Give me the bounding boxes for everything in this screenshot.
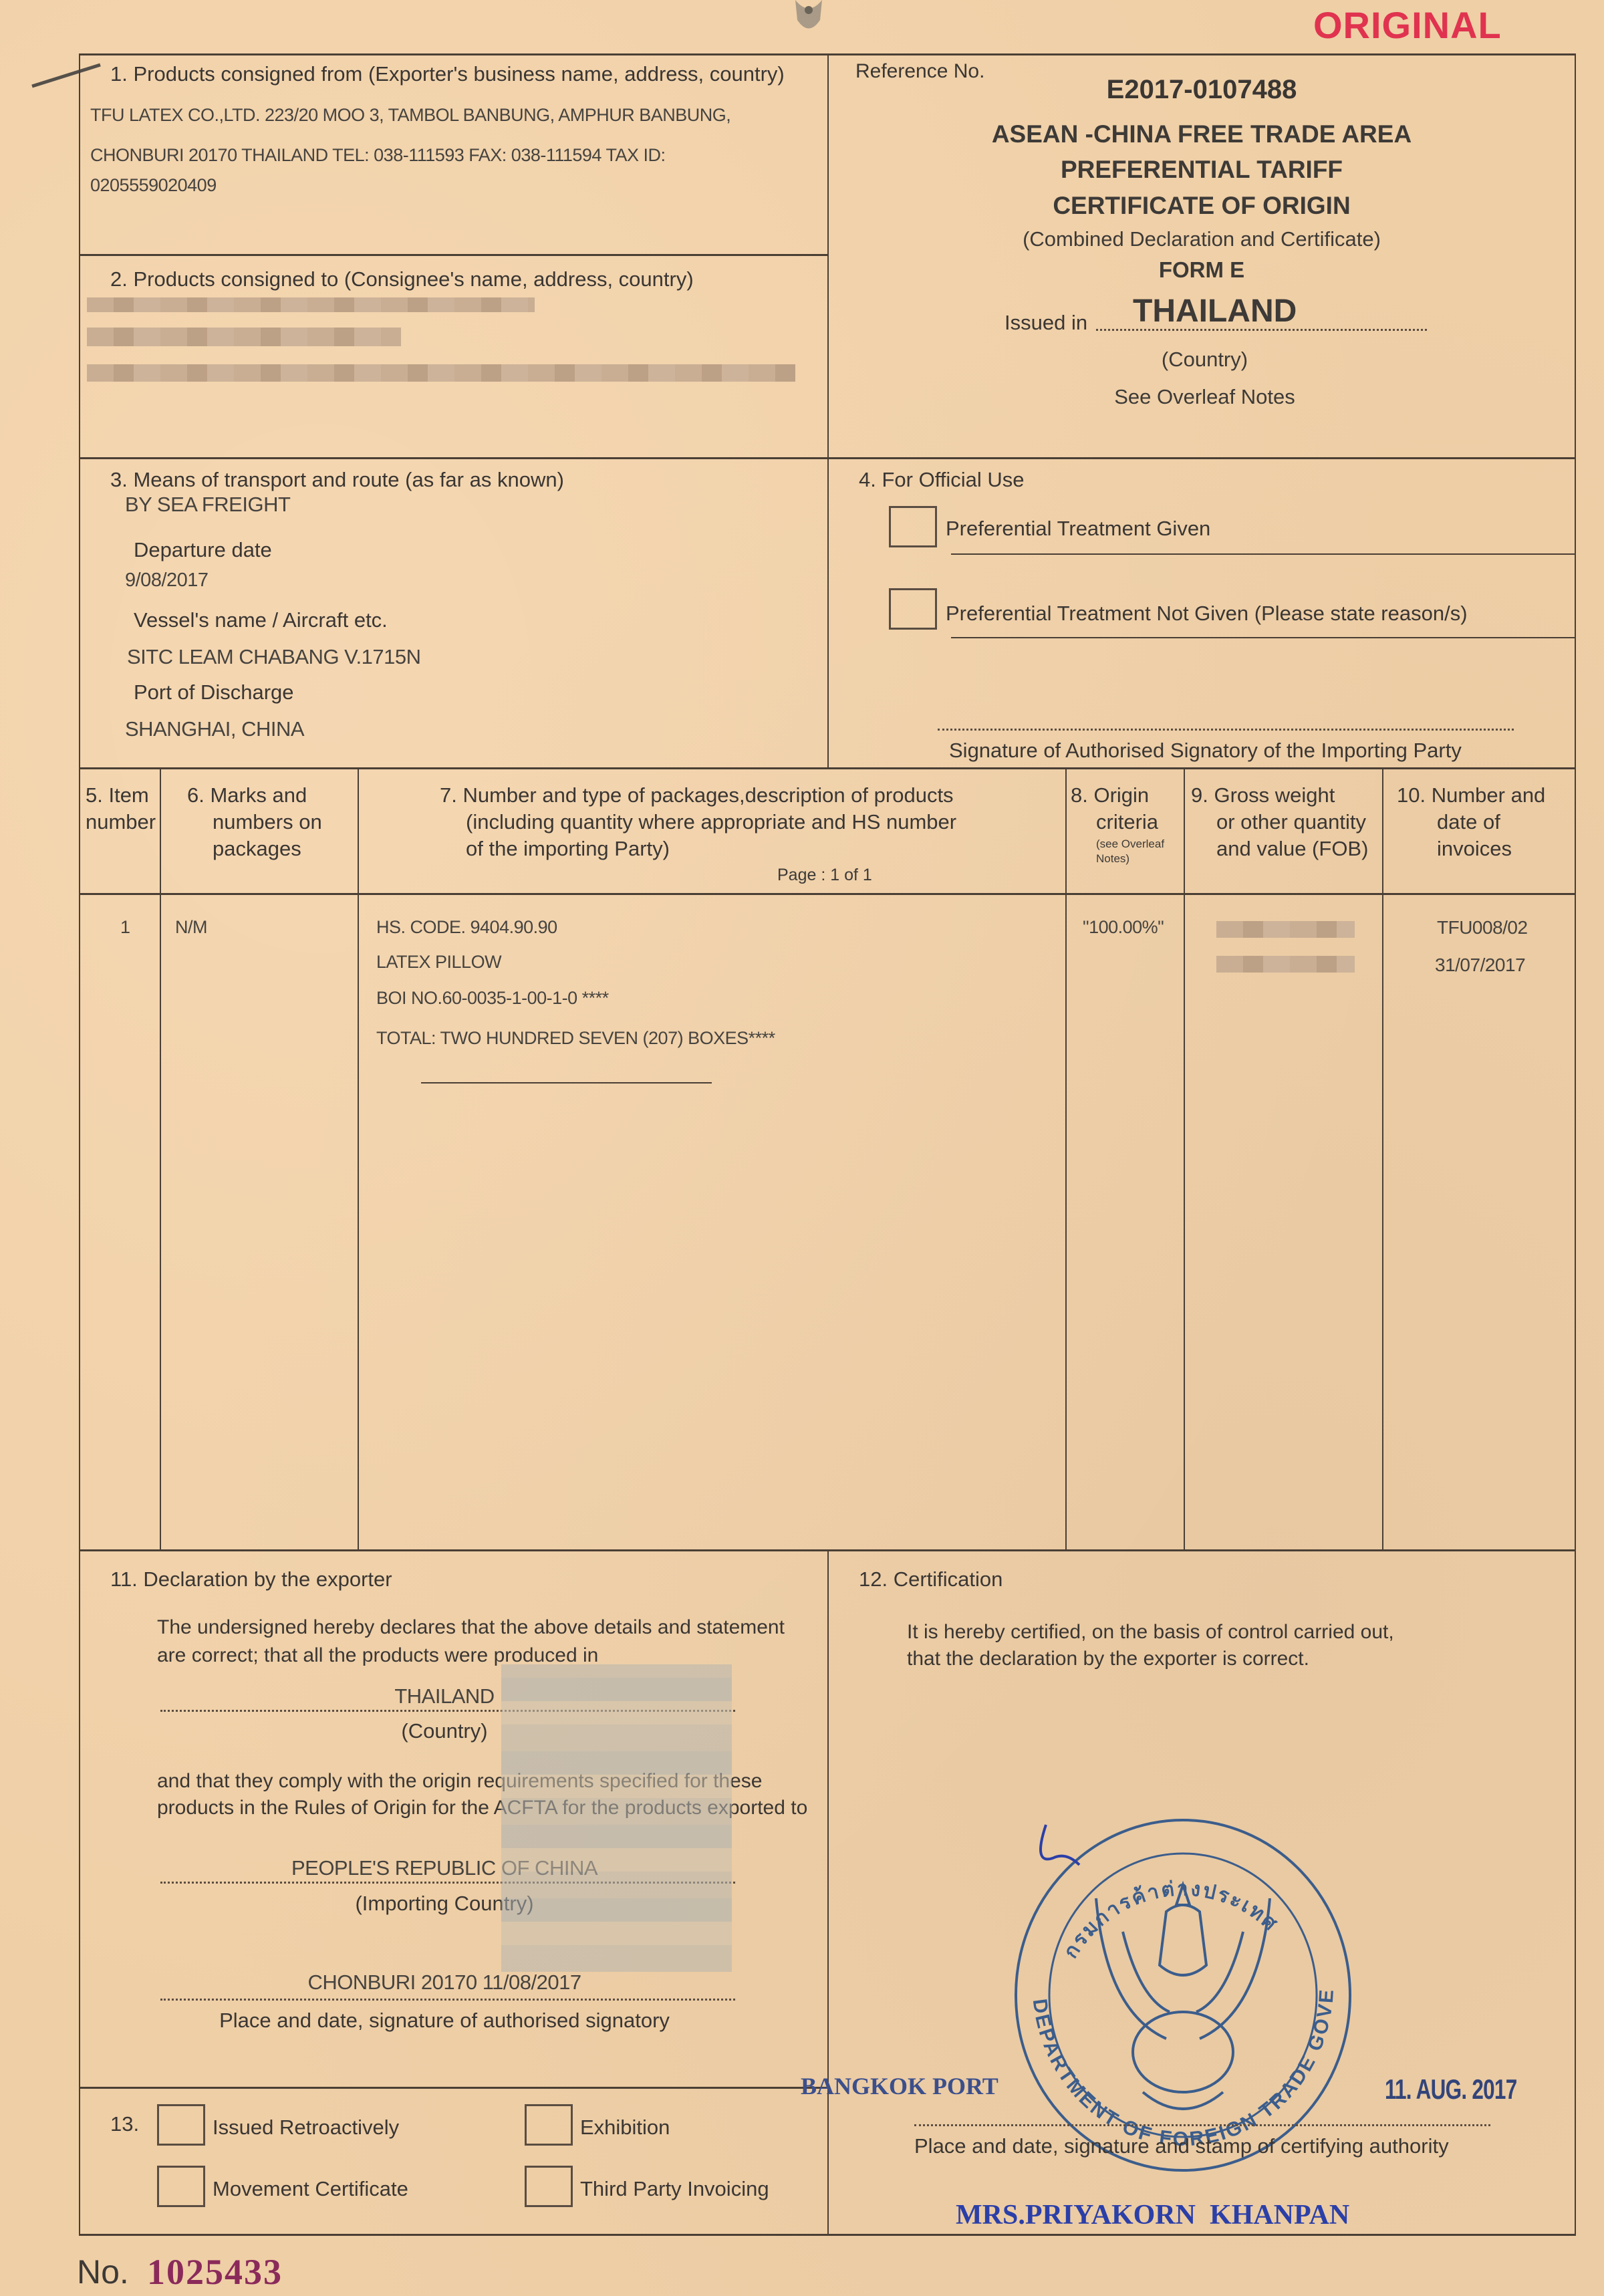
exhibition-checkbox[interactable]: [525, 2104, 573, 2146]
declaration-line-2: are correct; that all the products were …: [157, 1644, 598, 1667]
consignee-redacted-line-3: [87, 364, 795, 382]
box3-label: 3. Means of transport and route (as far …: [110, 468, 564, 492]
header-origin-2: criteria: [1096, 810, 1158, 834]
pen-mark-icon: [27, 57, 107, 90]
divider-box11-box13: [79, 2087, 827, 2089]
header-invoice-2: date of: [1437, 810, 1500, 834]
row-desc-line-3: BOI NO.60-0035-1-00-1-0 ****: [376, 988, 609, 1009]
divider-bottom-middle: [827, 1549, 829, 2235]
header-origin-note-2: Notes): [1096, 852, 1129, 866]
consignee-redacted-line-2: [87, 328, 401, 346]
certifying-dots: [914, 2124, 1490, 2126]
header-origin-1: 8. Origin: [1071, 783, 1149, 807]
header-description-2: (including quantity where appropriate an…: [466, 810, 956, 834]
title-line-1: ASEAN -CHINA FREE TRADE AREA: [829, 120, 1575, 148]
pref-given-checkbox[interactable]: [889, 506, 937, 547]
header-marks-3: packages: [213, 837, 301, 861]
departure-value: 9/08/2017: [125, 569, 209, 592]
row-desc-end-line: [421, 1082, 712, 1083]
divider-row3: [79, 767, 1576, 769]
issued-retroactively-label: Issued Retroactively: [213, 2116, 399, 2140]
serial-number: 1025433: [147, 2251, 283, 2293]
row-desc-line-2: LATEX PILLOW: [376, 952, 501, 973]
row-marks: N/M: [175, 917, 207, 938]
box13-label: 13.: [110, 2112, 139, 2136]
divider-row2: [79, 457, 1576, 459]
declaration-line-1: The undersigned hereby declares that the…: [157, 1616, 785, 1639]
exporter-place-date: CHONBURI 20170 11/08/2017: [160, 1970, 728, 1995]
row-item-number: 1: [120, 917, 130, 938]
consignee-redacted-line-1: [87, 297, 535, 312]
pref-not-given-checkbox[interactable]: [889, 588, 937, 630]
box4-label: 4. For Official Use: [859, 468, 1025, 492]
vessel-value: SITC LEAM CHABANG V.1715N: [127, 645, 420, 669]
frame-left: [79, 53, 80, 2236]
box11-label: 11. Declaration by the exporter: [110, 1567, 392, 1591]
exporter-stamp-redacted: [501, 1664, 732, 1972]
pref-given-line: [951, 553, 1576, 555]
third-party-invoicing-checkbox[interactable]: [525, 2166, 573, 2207]
exporter-place-date-caption: Place and date, signature of authorised …: [160, 2009, 728, 2033]
certifying-caption: Place and date, signature and stamp of c…: [914, 2134, 1449, 2158]
row-weight-redacted-1: [1216, 921, 1355, 938]
certification-line-1: It is hereby certified, on the basis of …: [907, 1621, 1394, 1644]
row-desc-line-1: HS. CODE. 9404.90.90: [376, 917, 557, 938]
header-invoice-1: 10. Number and: [1397, 783, 1545, 807]
port-value: SHANGHAI, CHINA: [125, 717, 304, 741]
certification-line-2: that the declaration by the exporter is …: [907, 1648, 1309, 1670]
svg-text:DEPARTMENT OF FOREIGN TRADE GO: DEPARTMENT OF FOREIGN TRADE GOVERNMENT O…: [1006, 1811, 1338, 2150]
pref-given-label: Preferential Treatment Given: [946, 517, 1210, 541]
garuda-emblem-icon: [792, 0, 825, 40]
overleaf-notes: See Overleaf Notes: [1069, 385, 1340, 409]
col-divider-8-9: [1184, 767, 1185, 1551]
header-marks-1: 6. Marks and: [187, 783, 307, 807]
movement-certificate-label: Movement Certificate: [213, 2177, 408, 2201]
divider-box1-box2: [79, 254, 827, 256]
form-label: FORM E: [829, 257, 1575, 283]
third-party-invoicing-label: Third Party Invoicing: [580, 2177, 769, 2201]
header-description-3: of the importing Party): [466, 837, 670, 861]
issued-retroactively-checkbox[interactable]: [157, 2104, 205, 2146]
box1-label: 1. Products consigned from (Exporter's b…: [110, 62, 785, 86]
port-label: Port of Discharge: [134, 680, 294, 705]
serial-no-label: No.: [77, 2253, 129, 2291]
issued-country-caption: (Country): [1096, 348, 1313, 372]
row-invoice-date: 31/07/2017: [1435, 954, 1525, 976]
box12-label: 12. Certification: [859, 1567, 1002, 1591]
movement-certificate-checkbox[interactable]: [157, 2166, 205, 2207]
importer-signature-caption: Signature of Authorised Signatory of the…: [949, 739, 1462, 763]
reference-number: E2017-0107488: [829, 75, 1575, 105]
exporter-place-date-dots: [160, 1999, 735, 2001]
exhibition-label: Exhibition: [580, 2116, 670, 2140]
vessel-label: Vessel's name / Aircraft etc.: [134, 608, 388, 632]
header-description-1: 7. Number and type of packages,descripti…: [440, 783, 954, 807]
col-divider-5-6: [160, 767, 161, 1551]
row-desc-line-4: TOTAL: TWO HUNDRED SEVEN (207) BOXES****: [376, 1028, 775, 1049]
issued-in-value: THAILAND: [1133, 293, 1297, 330]
header-marks-2: numbers on: [213, 810, 322, 834]
exporter-line-2: CHONBURI 20170 THAILAND TEL: 038-111593 …: [90, 145, 665, 166]
pref-not-given-label: Preferential Treatment Not Given (Please…: [946, 602, 1468, 626]
title-line-2: PREFERENTIAL TARIFF: [829, 156, 1575, 184]
box2-label: 2. Products consigned to (Consignee's na…: [110, 267, 694, 291]
header-weight-3: and value (FOB): [1216, 837, 1368, 861]
header-weight-2: or other quantity: [1216, 810, 1366, 834]
row-origin-criteria: "100.00%": [1083, 917, 1164, 938]
title-subtitle: (Combined Declaration and Certificate): [829, 227, 1575, 251]
row-weight-redacted-2: [1216, 956, 1355, 973]
table-header-divider: [79, 893, 1576, 895]
title-line-3: CERTIFICATE OF ORIGIN: [829, 192, 1575, 220]
original-label: ORIGINAL: [1313, 3, 1502, 47]
issued-in-label: Issued in: [1005, 311, 1087, 335]
col-divider-9-10: [1382, 767, 1383, 1551]
transport-mode: BY SEA FREIGHT: [125, 493, 290, 517]
exporter-line-1: TFU LATEX CO.,LTD. 223/20 MOO 3, TAMBOL …: [90, 105, 730, 126]
importer-signature-dots: [938, 729, 1514, 731]
header-item-1: 5. Item: [86, 783, 149, 807]
header-weight-1: 9. Gross weight: [1191, 783, 1335, 807]
header-invoice-3: invoices: [1437, 837, 1512, 861]
exporter-line-3: 0205559020409: [90, 175, 217, 196]
row-invoice-number: TFU008/02: [1437, 917, 1528, 938]
header-item-2: number: [86, 810, 156, 834]
col-divider-7-8: [1065, 767, 1067, 1551]
frame-right: [1575, 53, 1576, 2236]
departure-label: Departure date: [134, 538, 272, 562]
header-origin-note-1: (see Overleaf: [1096, 838, 1164, 851]
page-indicator: Page : 1 of 1: [777, 866, 872, 885]
pref-not-given-line: [951, 637, 1576, 638]
certifying-date-stamp: 11. AUG. 2017: [1385, 2073, 1516, 2106]
certifying-place-stamp: BANGKOK PORT: [801, 2072, 998, 2100]
col-divider-6-7: [358, 767, 359, 1551]
certifying-officer-name: MRS.PRIYAKORN KHANPAN: [956, 2199, 1349, 2231]
